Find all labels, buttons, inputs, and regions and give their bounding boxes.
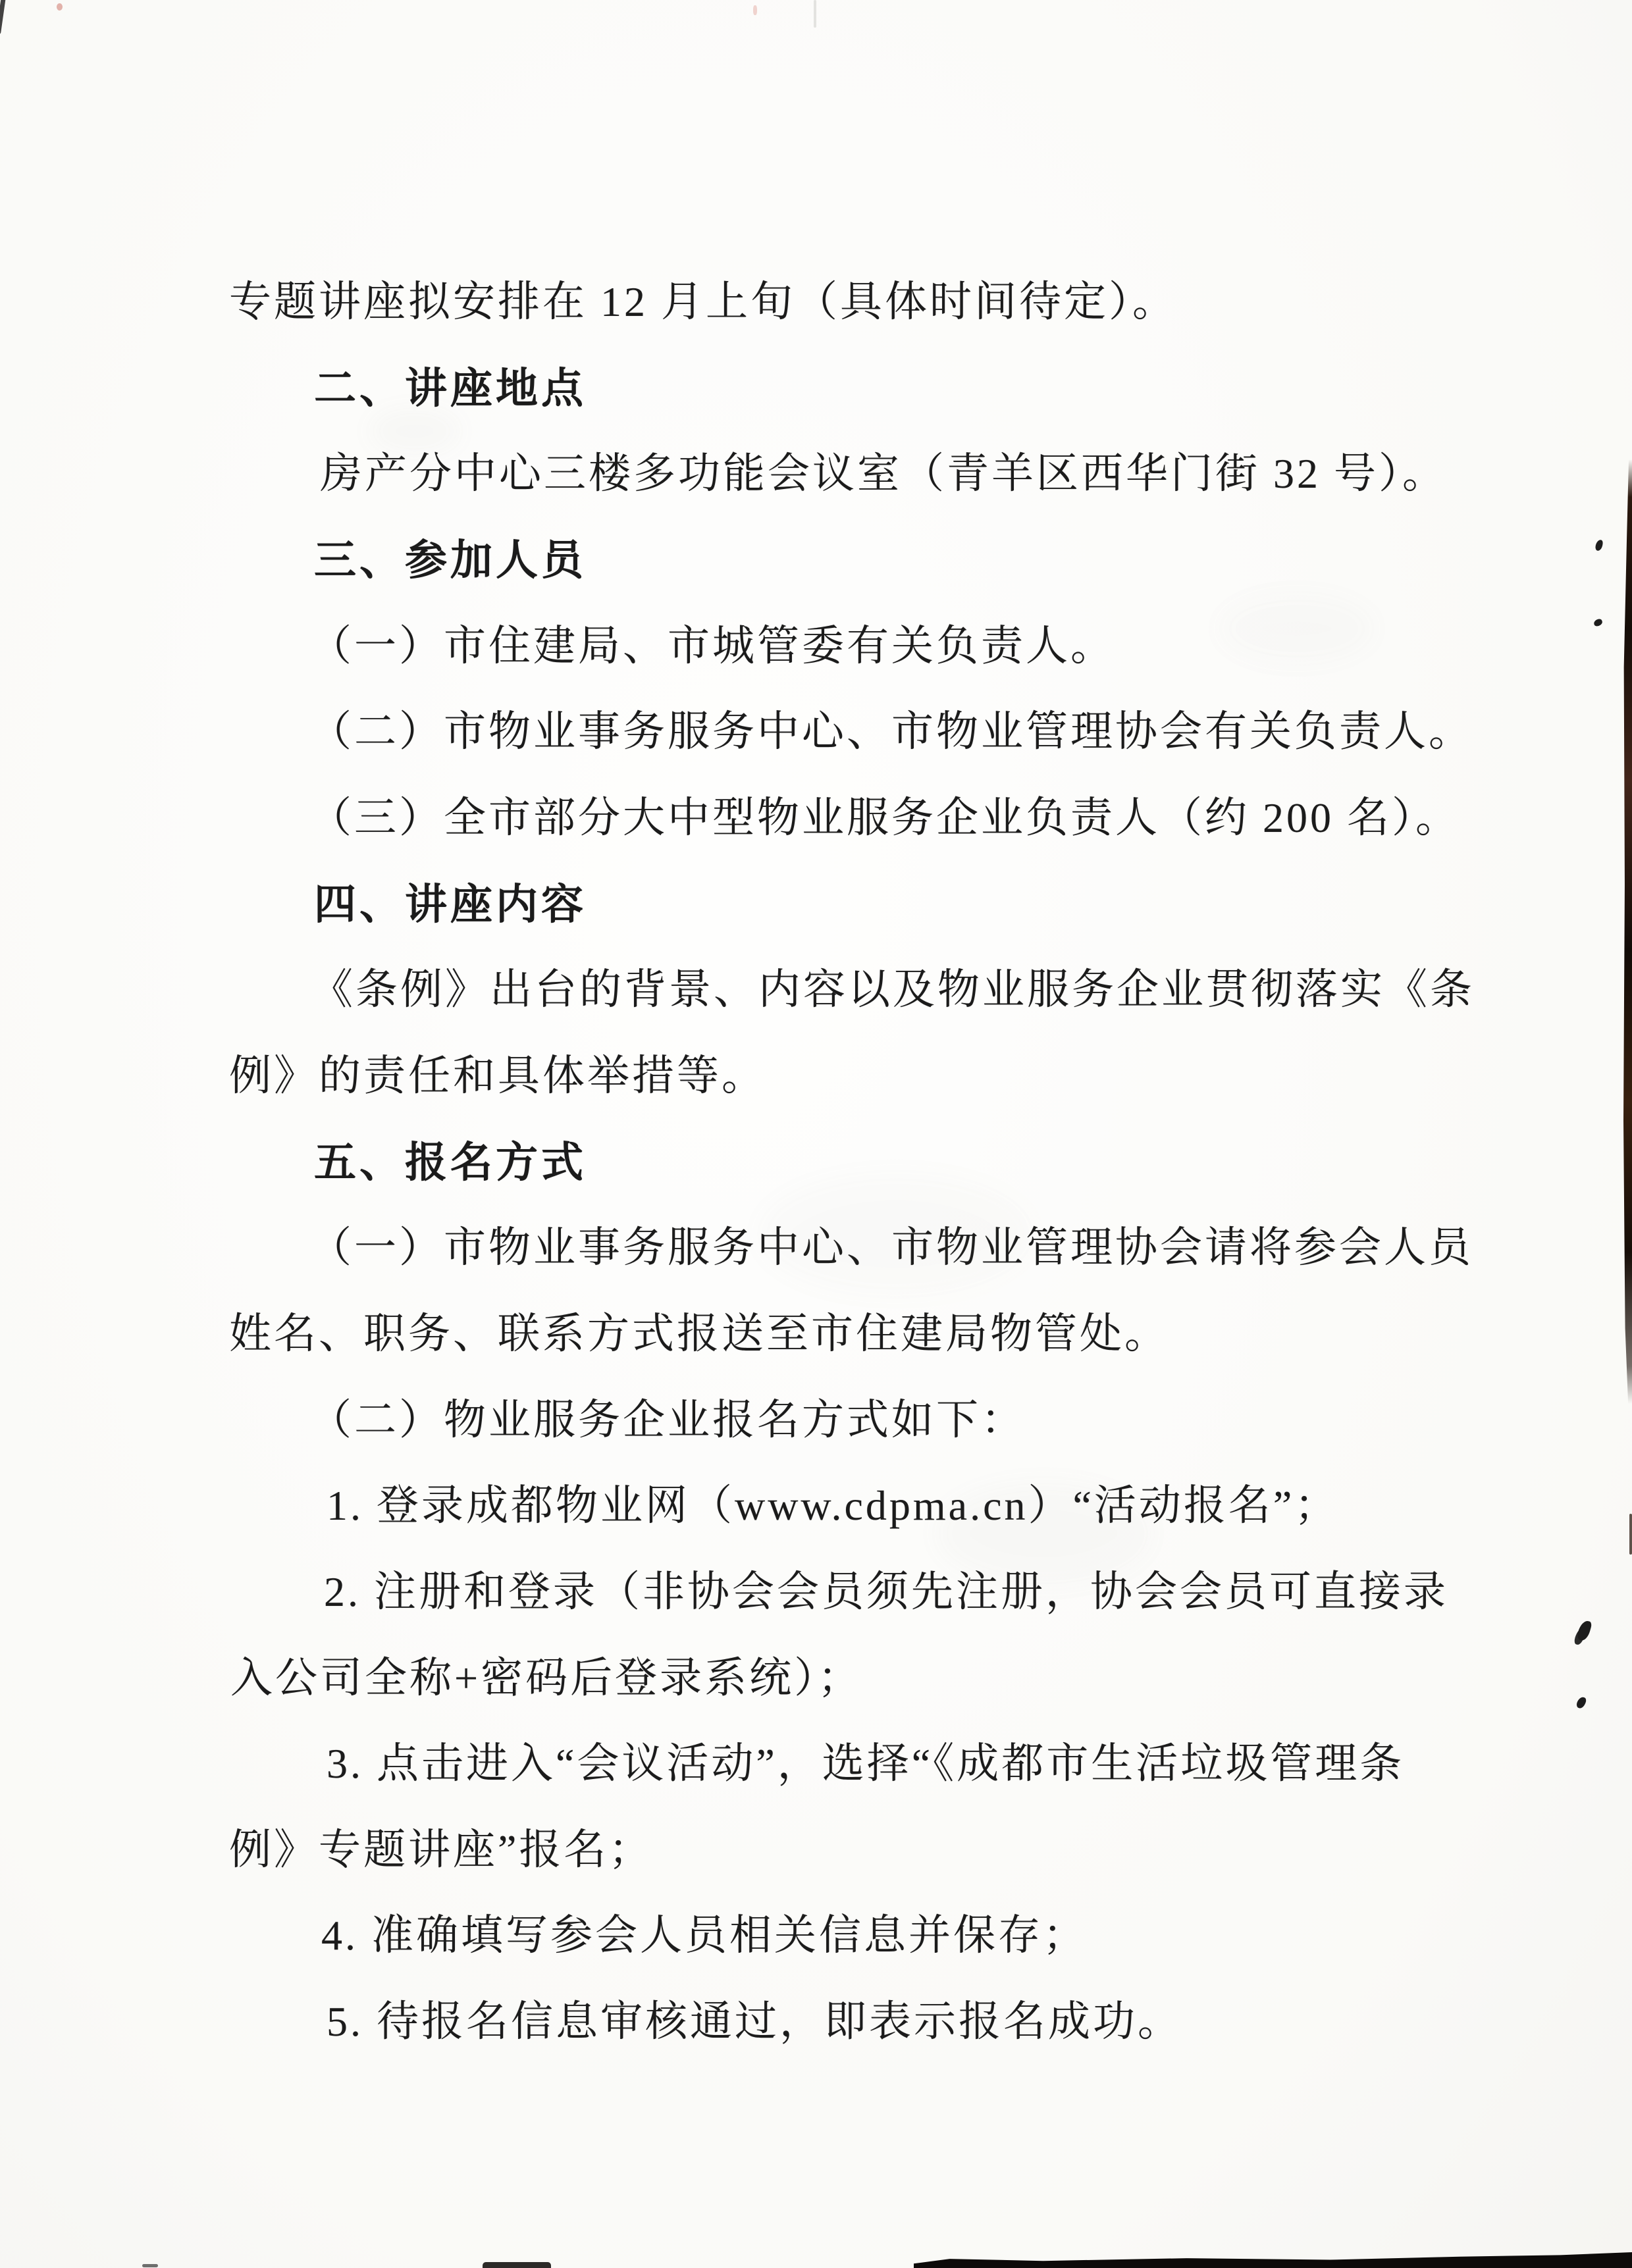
scanned-page: 专题讲座拟安排在 12 月上旬（具体时间待定）。 二、讲座地点 房产分中心三楼多… [0, 0, 1632, 2268]
red-speck [753, 5, 757, 15]
text-line-13: 姓名、职务、联系方式报送至市住建局物管处。 [229, 1312, 1169, 1356]
ink-speck [1576, 1619, 1593, 1641]
text-line-17: 入公司全称+密码后登录系统）； [230, 1657, 862, 1700]
section-heading-5: 五、报名方式 [314, 1141, 587, 1184]
ink-speck [1593, 618, 1603, 627]
red-speck [57, 3, 63, 11]
text-line-10: 例》的责任和具体举措等。 [229, 1054, 766, 1098]
scan-artifact-right-edge-tail [1629, 1514, 1632, 1555]
text-line-14: （二）物业服务企业报名方式如下： [309, 1399, 1026, 1442]
scan-smudge [369, 408, 461, 454]
text-line-06: （二）市物业事务服务中心、市物业管理协会有关负责人。 [309, 710, 1473, 754]
scan-artifact-right-edge-band [1623, 459, 1632, 1404]
text-line-12: （一）市物业事务服务中心、市物业管理协会请将参会人员 [309, 1226, 1473, 1270]
text-line-09: 《条例》出台的背景、内容以及物业服务企业贯彻落实《条 [311, 968, 1475, 1012]
list-item-5: 5. 待报名信息审核通过，即表示报名成功。 [327, 2000, 1182, 2044]
scan-artifact-bottom-speck [142, 2264, 158, 2267]
scan-artifact-bottom-blob [483, 2262, 551, 2268]
list-item-2: 2. 注册和登录（非协会会员须先注册，协会会员可直接录 [324, 1570, 1448, 1614]
ink-speck [1594, 539, 1604, 552]
text-line-05: （一）市住建局、市城管委有关负责人。 [309, 625, 1115, 668]
ink-speck [1575, 1695, 1587, 1709]
text-line-01: 专题讲座拟安排在 12 月上旬（具体时间待定）。 [229, 280, 1177, 324]
list-item-4: 4. 准确填写参会人员相关信息并保存； [321, 1914, 1088, 1957]
scan-smudge [1218, 592, 1376, 665]
scan-artifact-bottom-bar [914, 2252, 1632, 2268]
section-heading-4: 四、讲座内容 [314, 883, 587, 926]
text-line-19: 例》专题讲座”报名； [229, 1828, 653, 1872]
list-item-3: 3. 点击进入“会议活动”，选择“《成都市生活垃圾管理条 [327, 1742, 1404, 1786]
scan-artifact-gray-tick [814, 0, 816, 28]
list-item-1: 1. 登录成都物业网（www.cdpma.cn）“活动报名”； [327, 1484, 1339, 1528]
text-line-07: （三）全市部分大中型物业服务企业负责人（约 200 名）。 [309, 796, 1460, 840]
text-line-03: 房产分中心三楼多功能会议室（青羊区西华门街 32 号）。 [320, 452, 1447, 496]
section-heading-2: 二、讲座地点 [314, 367, 587, 410]
section-heading-3: 三、参加人员 [314, 538, 587, 582]
scan-artifact-top-left-sliver [0, 0, 6, 34]
